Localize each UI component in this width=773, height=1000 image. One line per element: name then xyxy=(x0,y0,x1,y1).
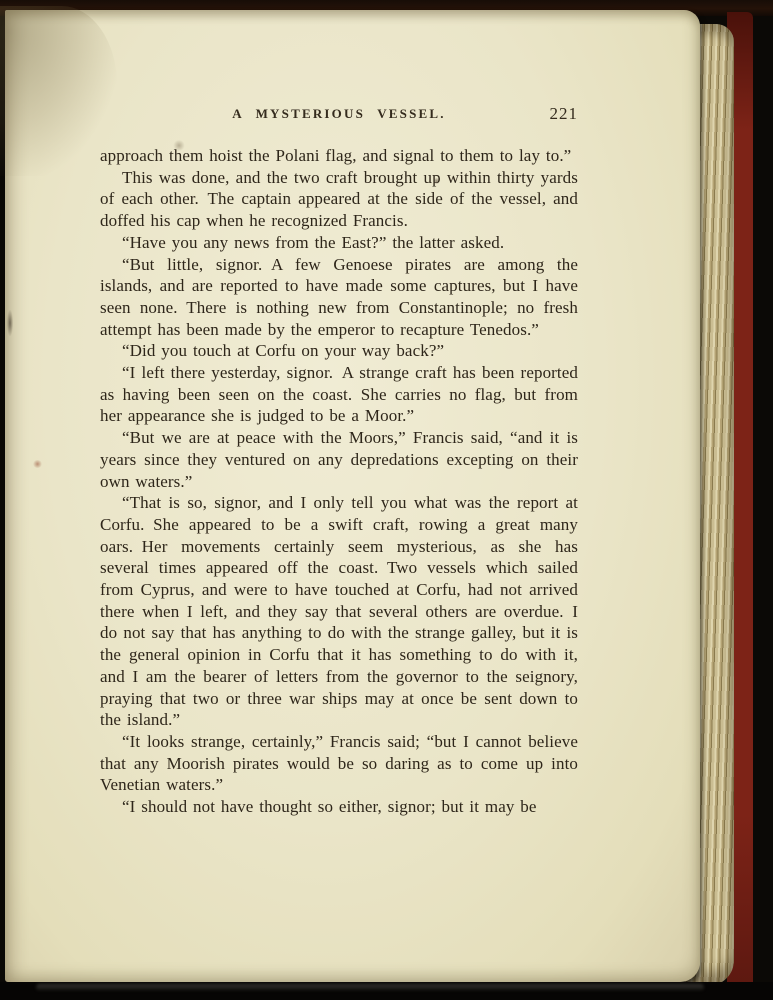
foxing-stain xyxy=(7,310,13,336)
paragraph: “I left there yesterday, signor. A stran… xyxy=(100,362,578,427)
running-title: A MYSTERIOUS VESSEL. xyxy=(100,106,578,122)
paragraph: “It looks strange, certainly,” Francis s… xyxy=(100,731,578,796)
paragraph: “Have you any news from the East?” the l… xyxy=(100,232,578,254)
scanned-book-photo: A MYSTERIOUS VESSEL. 221 approach them h… xyxy=(0,0,773,1000)
print-area: A MYSTERIOUS VESSEL. 221 approach them h… xyxy=(100,106,578,818)
running-header: A MYSTERIOUS VESSEL. 221 xyxy=(100,106,578,132)
table-surface-glint xyxy=(36,984,704,991)
paragraph: “I should not have thought so either, si… xyxy=(100,796,578,818)
body-text: approach them hoist the Polani flag, and… xyxy=(100,145,578,818)
paragraph: “That is so, signor, and I only tell you… xyxy=(100,492,578,731)
paragraph: “But we are at peace with the Moors,” Fr… xyxy=(100,427,578,492)
book-page: A MYSTERIOUS VESSEL. 221 approach them h… xyxy=(5,10,700,982)
paragraph: approach them hoist the Polani flag, and… xyxy=(100,145,578,167)
foxing-stain xyxy=(33,460,42,468)
page-number: 221 xyxy=(550,104,579,124)
paragraph: “Did you touch at Corfu on your way back… xyxy=(100,340,578,362)
paragraph: “But little, signor. A few Genoese pirat… xyxy=(100,254,578,341)
paragraph: This was done, and the two craft brought… xyxy=(100,167,578,232)
